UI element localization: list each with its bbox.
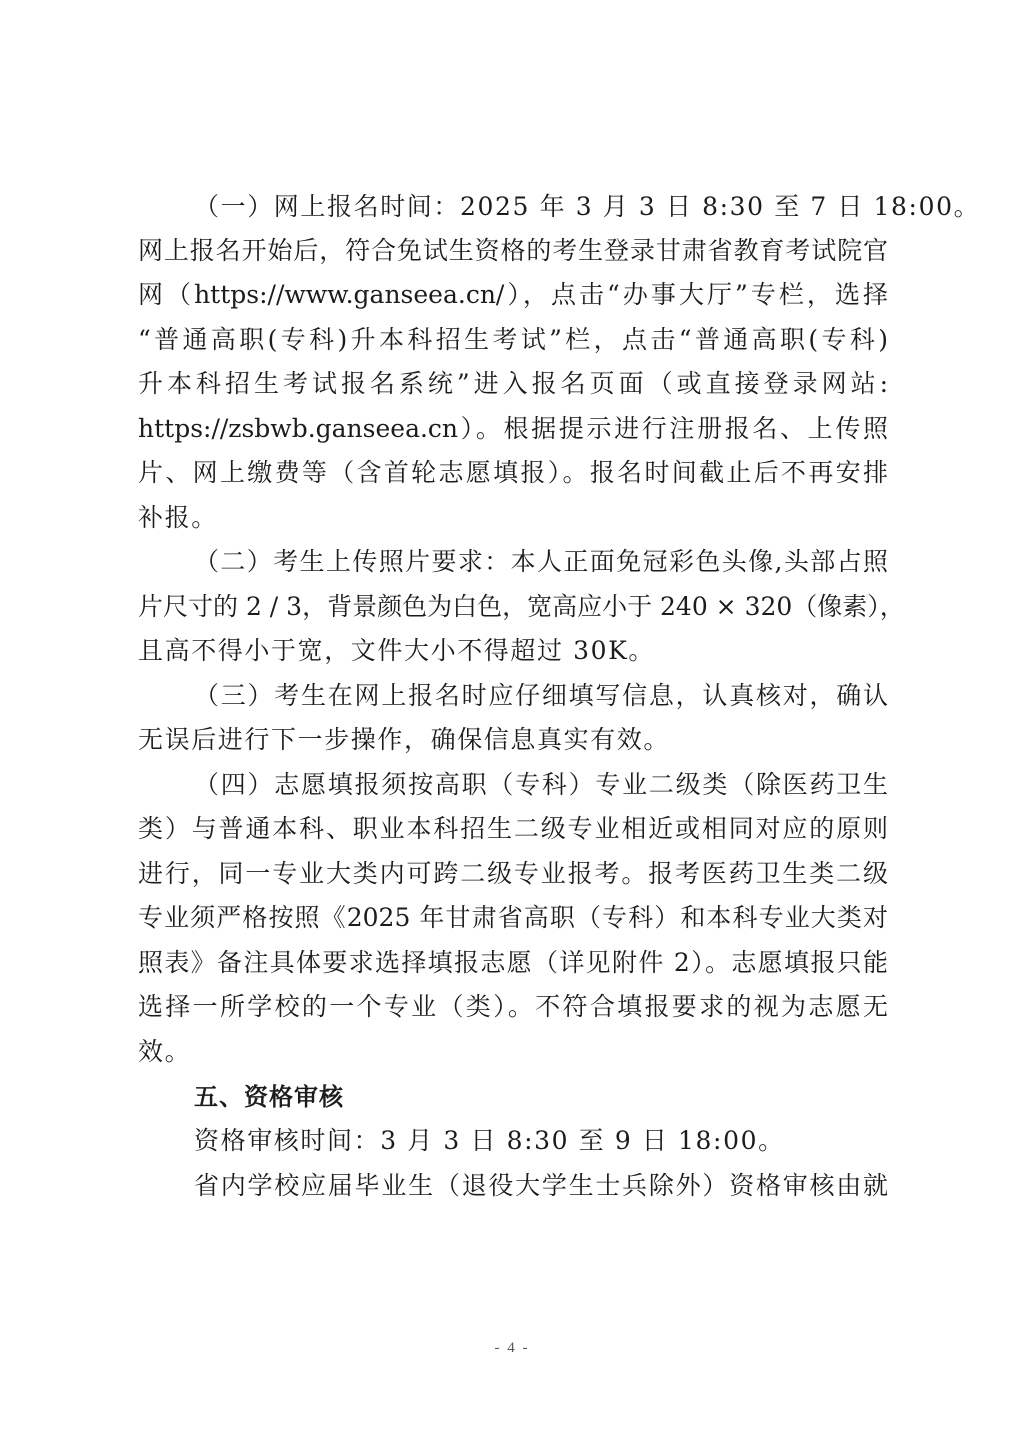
paragraph-photo-requirements: （二）考生上传照片要求：本人正面免冠彩色头像,头部占照 (194, 547, 888, 577)
paragraph-review-process: 省内学校应届毕业生（退役大学生士兵除外）资格审核由就 (194, 1171, 888, 1201)
paragraph-line: 且高不得小于宽，文件大小不得超过 30K。 (138, 636, 655, 666)
paragraph-line: 进行，同一专业大类内可跨二级专业报考。报考医药卫生类二级 (138, 859, 888, 889)
paragraph-line-with-url: https://zsbwb.ganseea.cn）。根据提示进行注册报名、上传照 (138, 414, 888, 444)
paragraph-line: 照表》备注具体要求选择填报志愿（详见附件 2）。志愿填报只能 (138, 948, 888, 978)
document-page: （一）网上报名时间：2025 年 3 月 3 日 8:30 至 7 日 18:0… (0, 0, 1024, 1448)
paragraph-line: 升本科招生考试报名系统”进入报名页面（或直接登录网站: (138, 369, 888, 399)
page-number: - 4 - (0, 1340, 1024, 1357)
paragraph-online-registration-time: （一）网上报名时间：2025 年 3 月 3 日 8:30 至 7 日 18:0… (194, 192, 980, 222)
paragraph-line: 网上报名开始后，符合免试生资格的考生登录甘肃省教育考试院官 (138, 236, 888, 266)
paragraph-line: 选择一所学校的一个专业（类）。不符合填报要求的视为志愿无 (138, 992, 888, 1022)
paragraph-line: 片、网上缴费等（含首轮志愿填报）。报名时间截止后不再安排 (138, 458, 888, 488)
paragraph-review-time: 资格审核时间：3 月 3 日 8:30 至 9 日 18:00。 (194, 1126, 785, 1156)
paragraph-line-with-url: 网（https://www.ganseea.cn/），点击“办事大厅”专栏，选择 (138, 280, 888, 310)
paragraph-line: 片尺寸的 2 / 3，背景颜色为白色，宽高应小于 240 × 320（像素）， (138, 592, 888, 622)
paragraph-line: “普通高职(专科)升本科招生考试”栏，点击“普通高职(专科) (138, 325, 888, 355)
paragraph-line: 无误后进行下一步操作，确保信息真实有效。 (138, 725, 670, 755)
paragraph-fill-info: （三）考生在网上报名时应仔细填写信息，认真核对，确认 (194, 681, 888, 711)
paragraph-volunteer-filling: （四）志愿填报须按高职（专科）专业二级类（除医药卫生 (194, 770, 888, 800)
paragraph-line: 效。 (138, 1037, 191, 1067)
paragraph-line: 补报。 (138, 503, 218, 533)
section-heading-qualification-review: 五、资格审核 (194, 1082, 344, 1112)
paragraph-line: 类）与普通本科、职业本科招生二级专业相近或相同对应的原则 (138, 814, 888, 844)
paragraph-line: 专业须严格按照《2025 年甘肃省高职（专科）和本科专业大类对 (138, 903, 888, 933)
